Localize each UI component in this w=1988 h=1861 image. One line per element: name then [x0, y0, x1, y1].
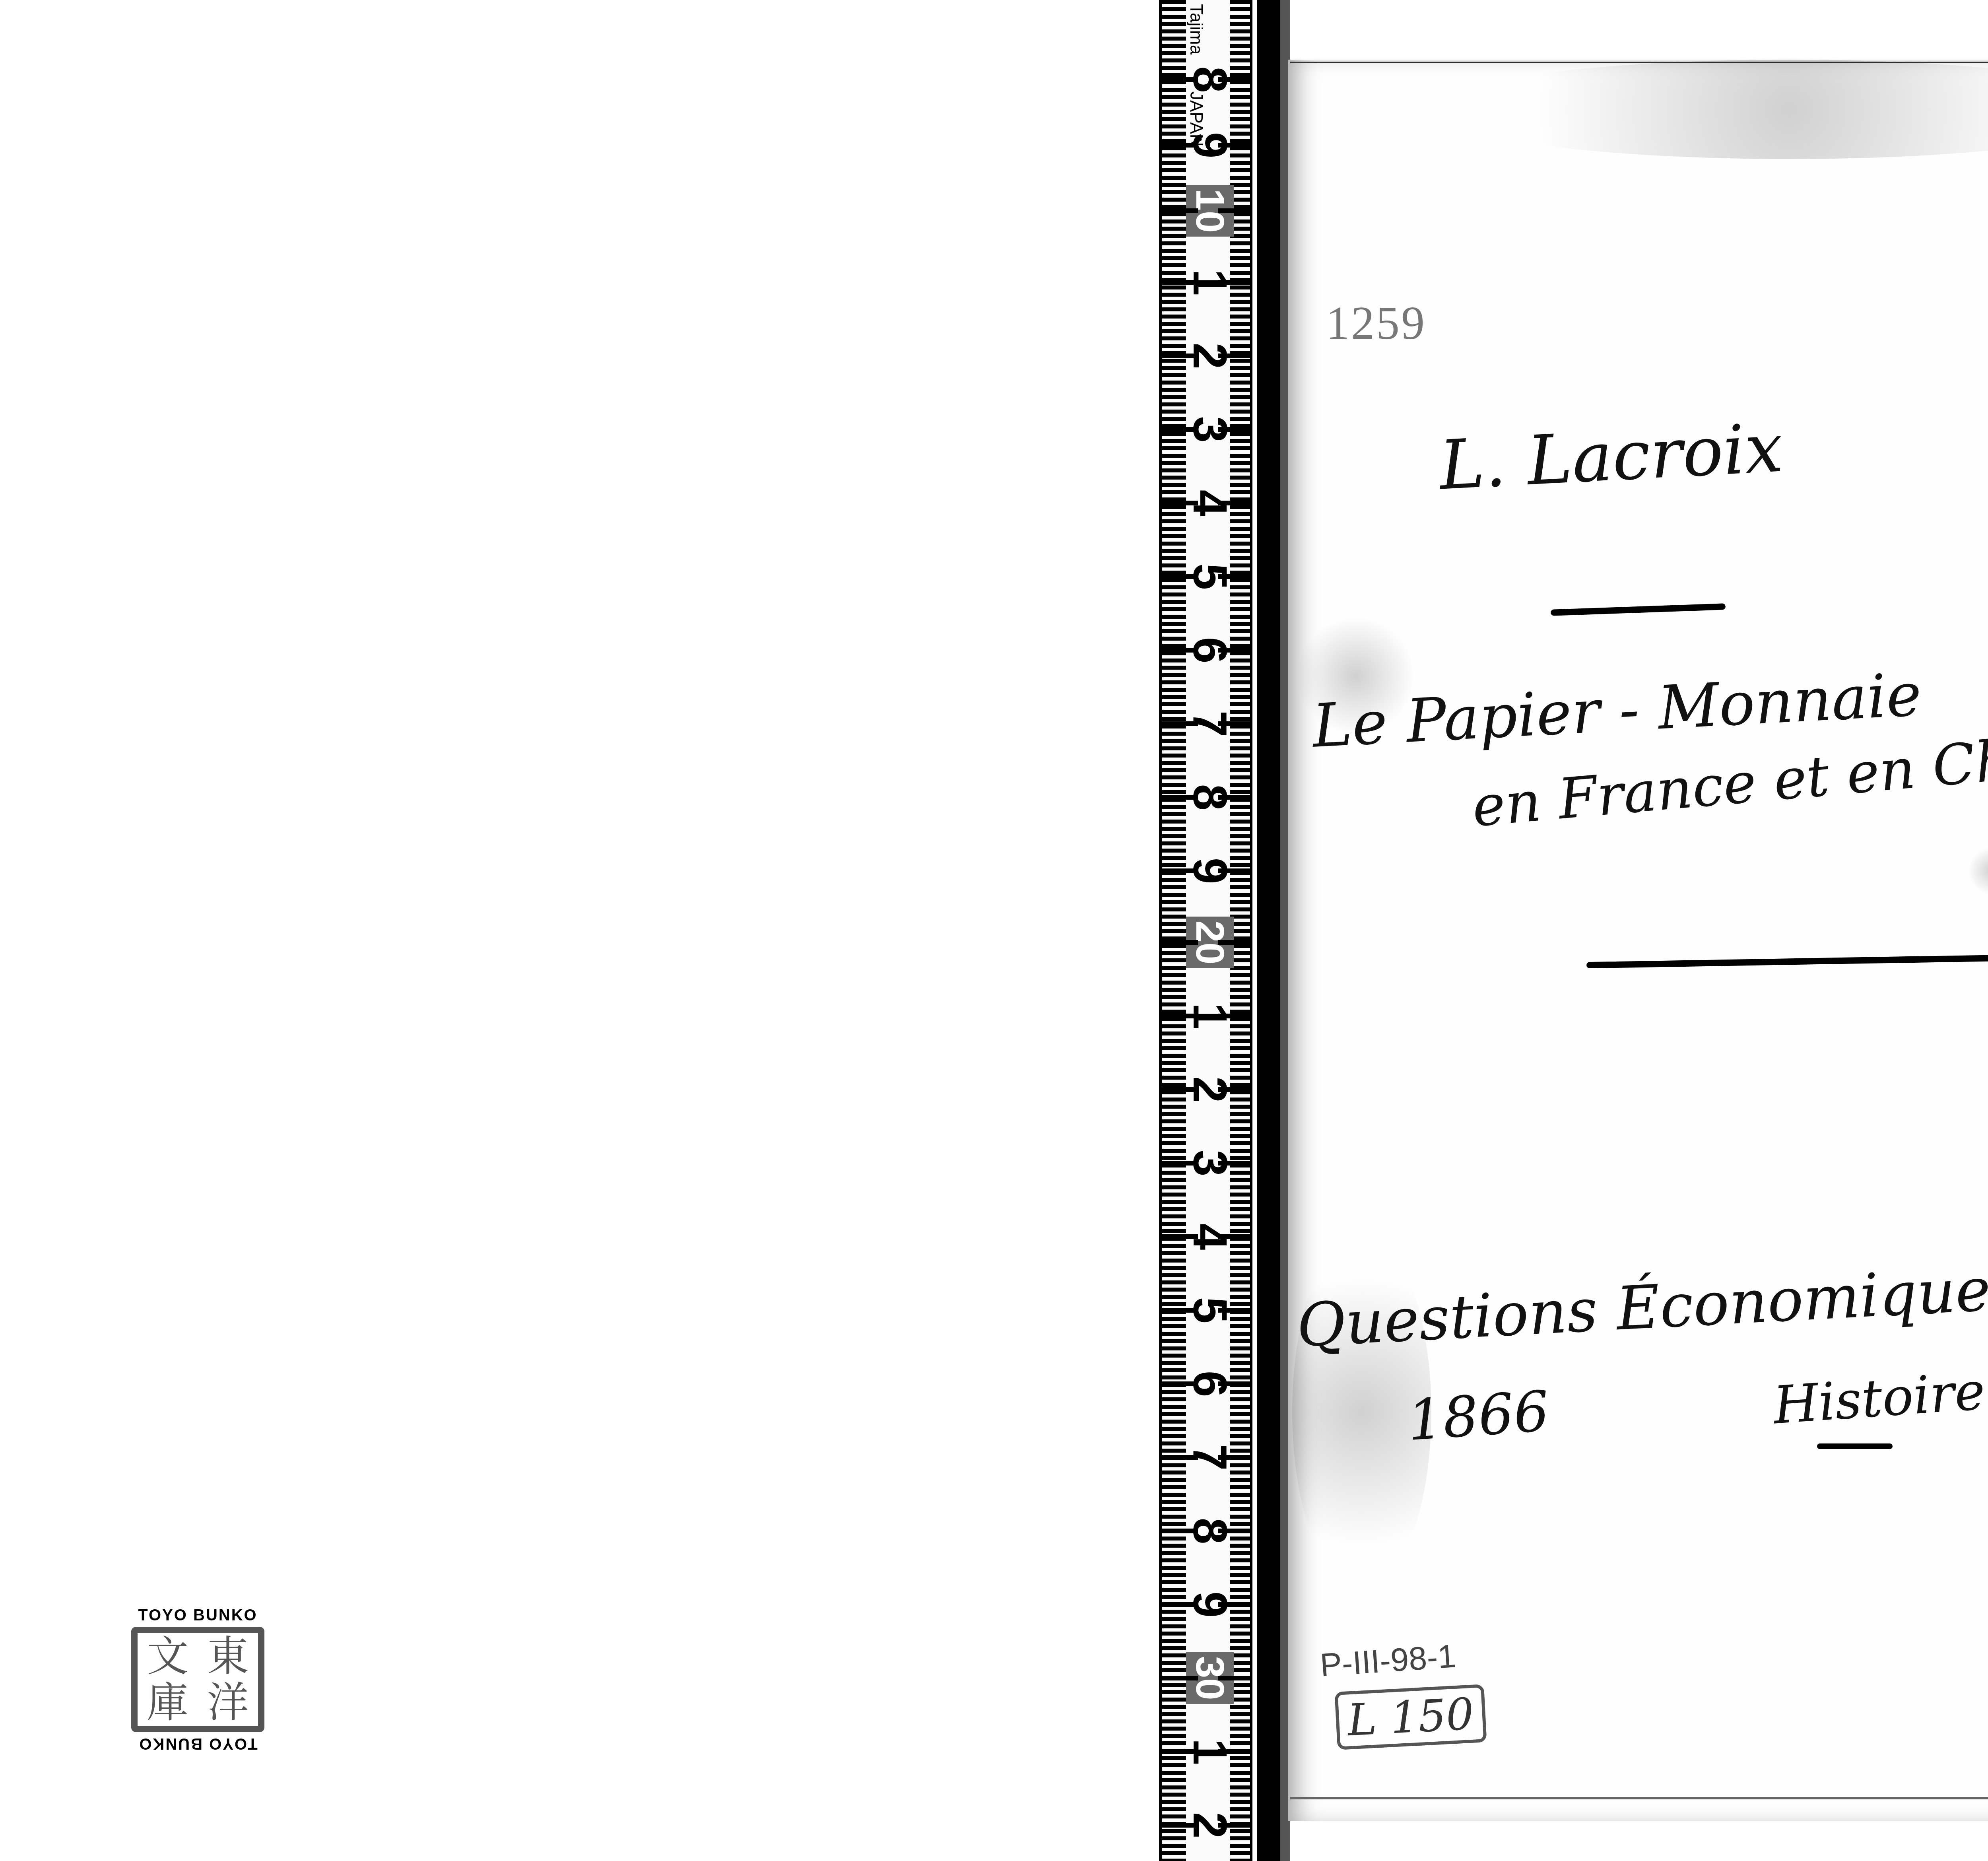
ruler-major-tick [1162, 940, 1198, 945]
ruler-major-tick [1162, 721, 1198, 726]
stamp-char: 庫 [138, 1680, 198, 1726]
ruler-major-tick [1218, 1602, 1250, 1607]
ruler-major-tick [1218, 143, 1250, 148]
ruler-major-tick [1162, 1087, 1198, 1092]
ruler-major-tick [1162, 1014, 1198, 1018]
ruler-major-tick [1218, 501, 1250, 505]
stamp-bottom-text: TOYO BUNKO [131, 1735, 264, 1752]
ruler-major-tick [1218, 1234, 1250, 1239]
ruler-major-tick [1218, 77, 1250, 82]
ruler-major-tick [1162, 280, 1198, 285]
ruler-major-tick [1218, 868, 1250, 873]
ruler-major-tick [1162, 795, 1198, 800]
ruler-major-tick [1162, 1749, 1198, 1754]
ruler-major-tick [1162, 143, 1198, 148]
ruler-major-tick [1162, 1602, 1198, 1607]
ruler-major-tick [1218, 1381, 1250, 1386]
ruler-major-tick [1218, 208, 1250, 213]
ruler-major-tick [1218, 795, 1250, 800]
toyo-bunko-stamp-left: TOYO BUNKO 文 東 庫 洋 TOYO BUNKO [131, 1607, 264, 1752]
ruler-major-tick [1162, 427, 1198, 432]
ruler-major-tick [1162, 1529, 1198, 1533]
ruler-major-tick [1218, 1676, 1250, 1680]
ruler-major-tick [1162, 208, 1198, 213]
ruler-major-tick [1162, 1381, 1198, 1386]
ruler-major-tick [1162, 1823, 1198, 1828]
ruler-major-tick [1218, 1308, 1250, 1313]
ruler-major-tick [1218, 1455, 1250, 1460]
book-spine [1252, 0, 1290, 1861]
ruler-major-tick [1218, 721, 1250, 726]
accession-number: 1259 [1326, 296, 1426, 350]
ruler-major-tick [1218, 574, 1250, 579]
stamp-char: 文 [138, 1633, 198, 1680]
ruler-major-tick [1162, 1161, 1198, 1166]
stamp-top-text: TOYO BUNKO [131, 1607, 264, 1624]
ruler-major-tick [1162, 648, 1198, 653]
ruler-major-tick [1218, 354, 1250, 358]
ruler-major-tick [1218, 1749, 1250, 1754]
ruler-major-tick [1218, 427, 1250, 432]
ruler-brand: Tajima [1186, 4, 1206, 54]
ruler-major-tick [1162, 1234, 1198, 1239]
ruler-major-tick [1218, 1161, 1250, 1166]
ruler-major-tick [1218, 1014, 1250, 1018]
ruler-major-tick [1218, 648, 1250, 653]
ruler-major-tick [1162, 1676, 1198, 1680]
ruler-major-tick [1162, 354, 1198, 358]
ruler-major-tick [1162, 1455, 1198, 1460]
divider-line [1817, 1443, 1893, 1449]
stamp-char: 洋 [198, 1680, 258, 1726]
stamp-seal: 文 東 庫 洋 [131, 1627, 264, 1732]
stamp-char: 東 [198, 1633, 258, 1680]
ruler-major-tick [1218, 940, 1250, 945]
ruler-major-tick [1162, 501, 1198, 505]
ruler-major-tick [1218, 1087, 1250, 1092]
measuring-ruler: Tajima JAPAN 891012345678920123456789301… [1159, 0, 1252, 1861]
ruler-major-tick [1162, 868, 1198, 873]
ruler-major-tick [1218, 1529, 1250, 1533]
year-label: 1866 [1406, 1379, 1551, 1453]
shelf-mark-box: L 150 [1334, 1684, 1487, 1750]
ruler-major-tick [1218, 280, 1250, 285]
ruler-major-tick [1162, 1308, 1198, 1313]
ruler-major-tick [1218, 1823, 1250, 1828]
ruler-major-tick [1162, 77, 1198, 82]
ruler-major-tick [1162, 574, 1198, 579]
